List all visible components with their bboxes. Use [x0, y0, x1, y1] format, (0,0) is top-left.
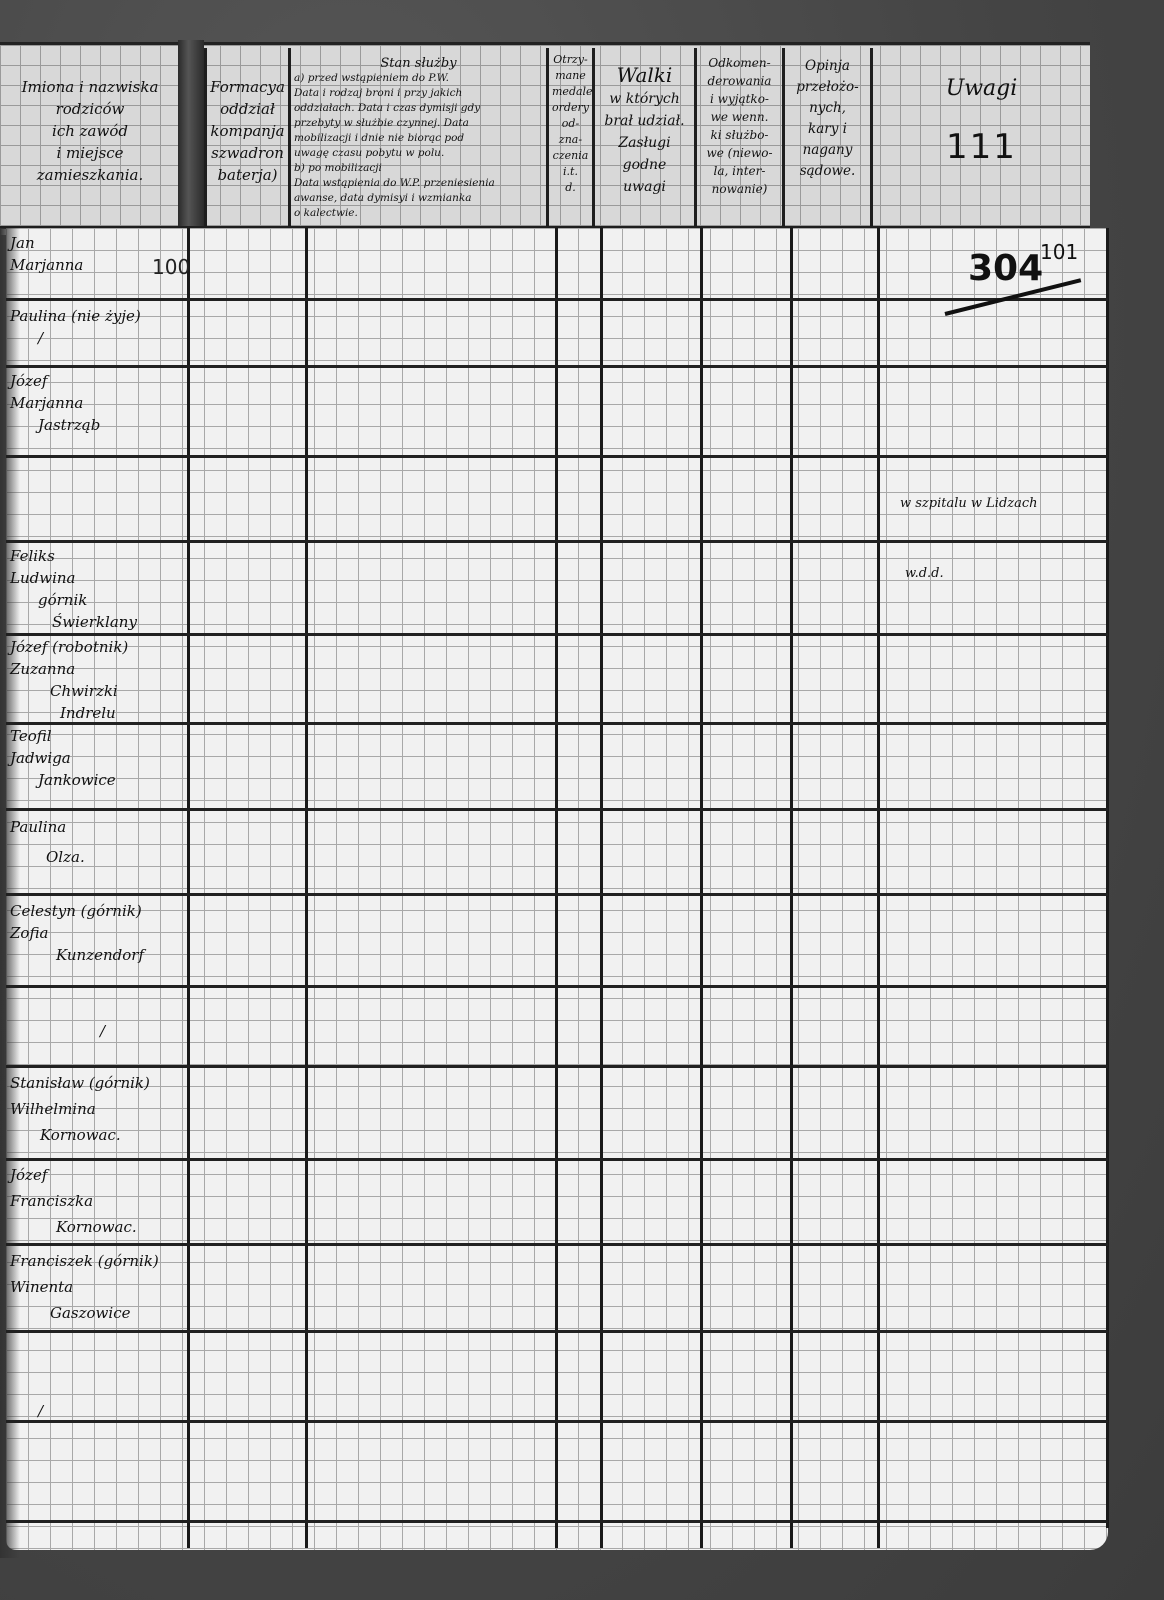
register-row-12: Józef Franciszka Kornowac. — [10, 1162, 185, 1240]
row-divider — [6, 893, 1108, 896]
row-text: Józef — [10, 370, 185, 392]
header-text: Otrzy- — [552, 52, 589, 68]
column-divider — [700, 228, 703, 1548]
register-row-6: Józef (robotnik) Zuzanna Chwirzki Indrel… — [10, 636, 185, 724]
header-text: Imiona i nazwiska — [3, 76, 177, 98]
header-text: nych, — [788, 98, 867, 119]
header-text: ordery — [552, 100, 589, 116]
row-text: Józef — [10, 1162, 185, 1188]
header-col-unit: Formacya oddział kompanja szwadron bater… — [204, 48, 288, 228]
header-text: a) przed wstąpieniem do P.W. — [294, 71, 543, 86]
row-text: Olza. — [10, 842, 185, 872]
row-text: Gaszowice — [10, 1300, 185, 1326]
column-divider — [877, 228, 880, 1548]
header-text: derowania — [700, 72, 779, 90]
header-text: Odkomen- — [700, 54, 779, 72]
column-divider — [600, 228, 603, 1548]
row-divider — [6, 1065, 1108, 1068]
row-text: Józef (robotnik) — [10, 636, 185, 658]
header-text: oddział — [210, 98, 285, 120]
header-text: o kalectwie. — [294, 206, 543, 221]
row-text: Chwirzki — [10, 680, 185, 702]
row-text: górnik — [10, 589, 185, 611]
header-text: ich zawód — [3, 120, 177, 142]
header-text: uwagi — [598, 176, 691, 198]
header-text: Data wstąpienia do W.P. przeniesienia — [294, 176, 543, 191]
header-text: b) po mobilizacji — [294, 161, 543, 176]
header-text: brał udział. — [598, 110, 691, 132]
header-text: Data i rodzaj broni i przy jakich — [294, 86, 543, 101]
row-text: Kornowac. — [10, 1122, 185, 1148]
column-divider — [1106, 228, 1109, 1528]
row-divider — [6, 1158, 1108, 1161]
header-text: mane — [552, 68, 589, 84]
header-text: w których — [598, 88, 691, 110]
remark-hospital: w szpitalu w Lidzach — [900, 496, 1038, 511]
row-text: / — [10, 1020, 185, 1042]
row-text: Świerklany — [10, 611, 185, 633]
register-row-10: / — [10, 1020, 185, 1042]
header-text: awanse, data dymisyi i wzmianka — [294, 191, 543, 206]
row-text: Jan — [10, 232, 185, 254]
row-text: Paulina (nie żyje) — [10, 305, 185, 327]
row-text: Paulina — [10, 812, 185, 842]
header-col-service: Stan służby a) przed wstąpieniem do P.W.… — [288, 48, 546, 228]
header-text: medale — [552, 84, 589, 100]
header-text: ki służbo- — [700, 126, 779, 144]
header-col-decorations: Otrzy- mane medale ordery od- zna- czeni… — [546, 48, 592, 228]
header-text: i.t. — [552, 164, 589, 180]
row-text: Kunzendorf — [10, 944, 185, 966]
header-text: kompanja — [210, 120, 285, 142]
row-text: Stanisław (górnik) — [10, 1070, 185, 1096]
header-text: zamieszkania. — [3, 164, 177, 186]
remark-wdd: w.d.d. — [905, 566, 944, 581]
header-text: Opinja — [788, 56, 867, 77]
header-text: we (niewo- — [700, 144, 779, 162]
register-row-9: Celestyn (górnik) Zofia Kunzendorf — [10, 900, 185, 966]
row-divider — [6, 365, 1108, 368]
header-text: zna- — [552, 132, 589, 148]
header-text: d. — [552, 180, 589, 196]
column-divider — [555, 228, 558, 1548]
header-title: Uwagi — [876, 78, 1087, 100]
header-text: Formacya — [210, 76, 285, 98]
row-text: Celestyn (górnik) — [10, 900, 185, 922]
row-text: Zofia — [10, 922, 185, 944]
row-divider — [6, 1243, 1108, 1246]
page-number: 111 — [876, 136, 1087, 158]
header-text: la, inter- — [700, 162, 779, 180]
header-text: mobilizacji i dnie nie biorąc pod — [294, 131, 543, 146]
row-text: / — [10, 327, 185, 349]
header-text: przebyty w służbie czynnej. Data — [294, 116, 543, 131]
register-row-2: Paulina (nie żyje) / — [10, 305, 185, 349]
header-text: kary i — [788, 119, 867, 140]
header-text: i wyjątko- — [700, 90, 779, 108]
header-text: baterja) — [210, 164, 285, 186]
header-text: i miejsce — [3, 142, 177, 164]
header-text: czenia — [552, 148, 589, 164]
header-text: nowanie) — [700, 180, 779, 198]
row-divider — [6, 985, 1108, 988]
row-text: Wilhelmina — [10, 1096, 185, 1122]
header-text: od- — [552, 116, 589, 132]
row-text: Winenta — [10, 1274, 185, 1300]
row-text: Indrelu — [10, 702, 185, 724]
header-text: Zasługi — [598, 132, 691, 154]
column-divider — [187, 228, 190, 1548]
header-title: Stan służby — [294, 56, 543, 71]
header-col-remarks: Uwagi 111 — [870, 48, 1090, 228]
row-divider — [6, 298, 1108, 301]
header-text: sądowe. — [788, 161, 867, 182]
header-text: nagany — [788, 140, 867, 161]
row-text: Teofil — [10, 725, 185, 747]
header-col-discharge: Odkomen- derowania i wyjątko- we wenn. k… — [694, 48, 782, 228]
row-text: Feliks — [10, 545, 185, 567]
row-divider — [6, 540, 1108, 543]
row-divider — [6, 1520, 1108, 1523]
row-text: Jadwiga — [10, 747, 185, 769]
header-text: rodziców — [3, 98, 177, 120]
row-divider — [6, 808, 1108, 811]
folio-number: 304 — [968, 248, 1043, 289]
register-row-3: Józef Marjanna Jastrząb — [10, 370, 185, 436]
header-col-opinion: Opinja przełożo- nych, kary i nagany sąd… — [782, 48, 870, 228]
header-text: szwadron — [210, 142, 285, 164]
header-col-battles: Walki w których brał udział. Zasługi god… — [592, 48, 694, 228]
row-text: Marjanna — [10, 392, 185, 414]
header-text: we wenn. — [700, 108, 779, 126]
register-row-13: Franciszek (górnik) Winenta Gaszowice — [10, 1248, 185, 1326]
header-text: oddziałach. Data i czas dymisji gdy — [294, 101, 543, 116]
header-text: uwagę czasu pobytu w polu. — [294, 146, 543, 161]
header-text: godne — [598, 154, 691, 176]
row-text: Franciszek (górnik) — [10, 1248, 185, 1274]
register-row-7: Teofil Jadwiga Jankowice — [10, 725, 185, 791]
row-text: Jastrząb — [10, 414, 185, 436]
register-row-8: Paulina Olza. — [10, 812, 185, 872]
row-text: Franciszka — [10, 1188, 185, 1214]
column-divider — [305, 228, 308, 1548]
header-col-parents: Imiona i nazwiska rodziców ich zawód i m… — [0, 48, 180, 228]
register-row-15: / — [10, 1400, 185, 1422]
header-title: Walki — [598, 62, 691, 88]
row-text: / — [10, 1400, 185, 1422]
row-divider — [6, 1330, 1108, 1333]
register-row-11: Stanisław (górnik) Wilhelmina Kornowac. — [10, 1070, 185, 1148]
header-text: przełożo- — [788, 77, 867, 98]
binding-fold — [178, 40, 204, 230]
row-divider — [6, 455, 1108, 458]
row-text: Ludwina — [10, 567, 185, 589]
row-text: Kornowac. — [10, 1214, 185, 1240]
row-text: Zuzanna — [10, 658, 185, 680]
register-row-5: Feliks Ludwina górnik Świerklany — [10, 545, 185, 633]
folio-superscript: 101 — [1040, 240, 1078, 264]
side-number: 100 — [152, 255, 190, 279]
column-divider — [790, 228, 793, 1548]
row-text: Jankowice — [10, 769, 185, 791]
